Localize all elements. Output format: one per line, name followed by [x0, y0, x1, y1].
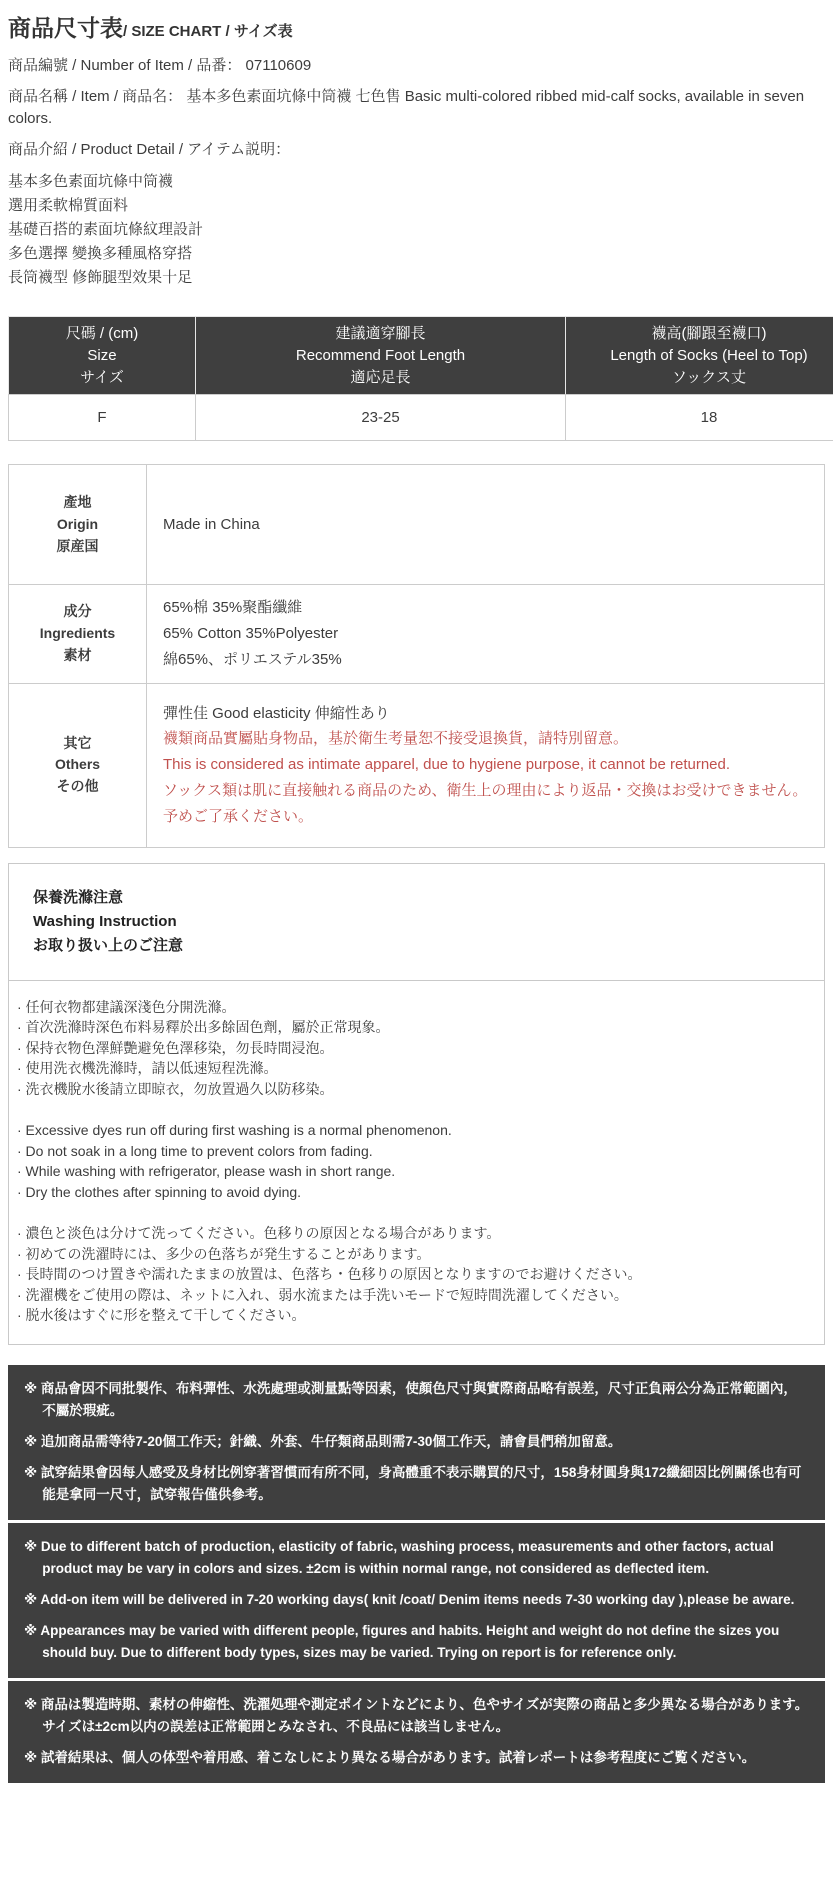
washing-note-line: · 洗衣機脫水後請立即晾衣，勿放置過久以防移染。 — [17, 1079, 814, 1100]
notice-box-zh: ※ 商品會因不同批製作、布料彈性、水洗處理或測量點等因素，使顏色尺寸與實際商品略… — [8, 1365, 825, 1520]
header-line: 適応足長 — [200, 367, 561, 389]
label-line: 其它 — [13, 733, 142, 755]
notice-item: ※ 商品は製造時期、素材の伸縮性、洗濯処理や測定ポイントなどにより、色やサイズが… — [24, 1694, 809, 1738]
origin-content: Made in China — [147, 465, 825, 585]
item-name-row: 商品名稱 / Item / 商品名： 基本多色素面坑條中筒襪 七色售 Basic… — [8, 86, 825, 130]
notice-item: ※ 追加商品需等待7-20個工作天；針織、外套、牛仔類商品則需7-30個工作天，… — [24, 1431, 809, 1453]
label-line: Ingredients — [13, 623, 142, 645]
others-content: 彈性佳 Good elasticity 伸縮性あり 襪類商品實屬貼身物品，基於衛… — [147, 683, 825, 847]
washing-note-line: · 保持衣物色澤鮮艷避免色澤移染，勿長時間浸泡。 — [17, 1038, 814, 1059]
product-detail-line: 基礎百搭的素面坑條紋理設計 — [8, 218, 825, 242]
item-number-row: 商品編號 / Number of Item / 品番： 07110609 — [8, 55, 825, 77]
washing-note-line: · Do not soak in a long time to prevent … — [17, 1141, 814, 1162]
label-line: 素材 — [13, 645, 142, 667]
size-table-header-foot-length: 建議適穿腳長 Recommend Foot Length 適応足長 — [196, 317, 566, 395]
washing-note-line: · 首次洗滌時深色布料易釋於出多餘固色劑，屬於正常現象。 — [17, 1017, 814, 1038]
page-title-main: 商品尺寸表 — [8, 15, 123, 41]
washing-title-ja: お取り扱い上のご注意 — [33, 934, 800, 958]
washing-instruction-box: 保養洗滌注意 Washing Instruction お取り扱い上のご注意 · … — [8, 863, 825, 1345]
size-value: F — [9, 395, 196, 441]
washing-notes-ja: · 濃色と淡色は分けて洗ってください。色移りの原因となる場合があります。 · 初… — [17, 1223, 814, 1326]
washing-note-line: · 洗濯機をご使用の際は、ネットに入れ、弱水流または手洗いモードで短時間洗濯して… — [17, 1285, 814, 1306]
notice-item: ※ 試穿結果會因每人感受及身材比例穿著習慣而有所不同，身高體重不表示購買的尺寸，… — [24, 1462, 809, 1506]
product-info-table: 產地 Origin 原産国 Made in China 成分 Ingredien… — [8, 464, 825, 847]
item-number-value: 07110609 — [246, 57, 312, 74]
header-line: 襪高(腳跟至襪口) — [570, 323, 833, 345]
product-detail-label: 商品介紹 / Product Detail / アイテム説明： — [8, 139, 825, 161]
notice-item: ※ Appearances may be varied with differe… — [24, 1620, 809, 1664]
header-line: 建議適穿腳長 — [200, 323, 561, 345]
item-number-label: 商品編號 / Number of Item / 品番： — [8, 57, 241, 74]
others-label: 其它 Others その他 — [9, 683, 147, 847]
ingredients-line: 65%棉 35%聚酯纖維 — [163, 595, 808, 621]
label-line: Others — [13, 754, 142, 776]
info-row-ingredients: 成分 Ingredients 素材 65%棉 35%聚酯纖維 65% Cotto… — [9, 585, 825, 683]
header-line: ソックス丈 — [570, 367, 833, 389]
others-warning-zh: 襪類商品實屬貼身物品，基於衛生考量恕不接受退換貨，請特別留意。 — [163, 726, 808, 752]
header-line: サイズ — [13, 367, 191, 389]
washing-instruction-title: 保養洗滌注意 Washing Instruction お取り扱い上のご注意 — [9, 864, 824, 981]
notice-item: ※ 商品會因不同批製作、布料彈性、水洗處理或測量點等因素，使顏色尺寸與實際商品略… — [24, 1378, 809, 1422]
header-line: Recommend Foot Length — [200, 345, 561, 367]
others-warning-ja: ソックス類は肌に直接触れる商品のため、衛生上の理由により返品・交換はお受けできま… — [163, 778, 808, 830]
label-line: Origin — [13, 514, 142, 536]
header-line: 尺碼 / (cm) — [13, 323, 191, 345]
size-table-header-size: 尺碼 / (cm) Size サイズ — [9, 317, 196, 395]
product-detail-line: 選用柔軟棉質面料 — [8, 194, 825, 218]
ingredients-line: 65% Cotton 35%Polyester — [163, 621, 808, 647]
label-line: 產地 — [13, 492, 142, 514]
washing-note-line: · 初めての洗濯時には、多少の色落ちが発生することがあります。 — [17, 1244, 814, 1265]
bottom-whitespace — [8, 1783, 825, 1899]
label-line: 成分 — [13, 601, 142, 623]
sock-height-value: 18 — [566, 395, 833, 441]
washing-instruction-body: · 任何衣物都建議深淺色分開洗滌。 · 首次洗滌時深色布料易釋於出多餘固色劑，屬… — [9, 981, 824, 1344]
size-table: 尺碼 / (cm) Size サイズ 建議適穿腳長 Recommend Foot… — [8, 316, 833, 441]
size-chart-page: 商品尺寸表/ SIZE CHART / サイズ表 商品編號 / Number o… — [0, 0, 833, 1899]
notice-item: ※ Due to different batch of production, … — [24, 1536, 809, 1580]
washing-note-line: · 使用洗衣機洗滌時，請以低速短程洗滌。 — [17, 1058, 814, 1079]
page-title-suffix: / SIZE CHART / サイズ表 — [123, 23, 293, 40]
info-row-others: 其它 Others その他 彈性佳 Good elasticity 伸縮性あり … — [9, 683, 825, 847]
foot-length-value: 23-25 — [196, 395, 566, 441]
label-line: 原産国 — [13, 536, 142, 558]
header-line: Length of Socks (Heel to Top) — [570, 345, 833, 367]
header-line: Size — [13, 345, 191, 367]
info-row-origin: 產地 Origin 原産国 Made in China — [9, 465, 825, 585]
notice-box-ja: ※ 商品は製造時期、素材の伸縮性、洗濯処理や測定ポイントなどにより、色やサイズが… — [8, 1681, 825, 1783]
origin-label: 產地 Origin 原産国 — [9, 465, 147, 585]
ingredients-content: 65%棉 35%聚酯纖維 65% Cotton 35%Polyester 綿65… — [147, 585, 825, 683]
product-detail-line: 長筒襪型 修飾腿型效果十足 — [8, 266, 825, 290]
ingredients-line: 綿65%、ポリエステル35% — [163, 647, 808, 673]
washing-note-line: · While washing with refrigerator, pleas… — [17, 1161, 814, 1182]
product-detail-line: 基本多色素面坑條中筒襪 — [8, 170, 825, 194]
origin-value: Made in China — [163, 512, 808, 538]
washing-title-zh: 保養洗滌注意 — [33, 886, 800, 910]
washing-notes-en: · Excessive dyes run off during first wa… — [17, 1120, 814, 1202]
notice-item: ※ 試着結果は、個人の体型や着用感、着こなしにより異なる場合があります。試着レポ… — [24, 1747, 809, 1769]
washing-note-line: · Dry the clothes after spinning to avoi… — [17, 1182, 814, 1203]
washing-title-en: Washing Instruction — [33, 910, 800, 934]
page-title: 商品尺寸表/ SIZE CHART / サイズ表 — [8, 10, 825, 43]
others-warning-en: This is considered as intimate apparel, … — [163, 752, 808, 778]
washing-note-line: · 任何衣物都建議深淺色分開洗滌。 — [17, 997, 814, 1018]
ingredients-label: 成分 Ingredients 素材 — [9, 585, 147, 683]
washing-note-line: · 濃色と淡色は分けて洗ってください。色移りの原因となる場合があります。 — [17, 1223, 814, 1244]
size-table-data-row: F 23-25 18 — [9, 395, 833, 441]
notice-item: ※ Add-on item will be delivered in 7-20 … — [24, 1589, 809, 1611]
washing-note-line: · 脱水後はすぐに形を整えて干してください。 — [17, 1305, 814, 1326]
washing-note-line: · Excessive dyes run off during first wa… — [17, 1120, 814, 1141]
washing-note-line: · 長時間のつけ置きや濡れたままの放置は、色落ち・色移りの原因となりますのでお避… — [17, 1264, 814, 1285]
others-line: 彈性佳 Good elasticity 伸縮性あり — [163, 701, 808, 727]
label-line: その他 — [13, 776, 142, 798]
size-table-header-sock-height: 襪高(腳跟至襪口) Length of Socks (Heel to Top) … — [566, 317, 833, 395]
notice-box-en: ※ Due to different batch of production, … — [8, 1523, 825, 1678]
size-table-header-row: 尺碼 / (cm) Size サイズ 建議適穿腳長 Recommend Foot… — [9, 317, 833, 395]
washing-notes-zh: · 任何衣物都建議深淺色分開洗滌。 · 首次洗滌時深色布料易釋於出多餘固色劑，屬… — [17, 997, 814, 1100]
item-name-label: 商品名稱 / Item / 商品名： — [8, 88, 182, 105]
product-detail-line: 多色選擇 變換多種風格穿搭 — [8, 242, 825, 266]
